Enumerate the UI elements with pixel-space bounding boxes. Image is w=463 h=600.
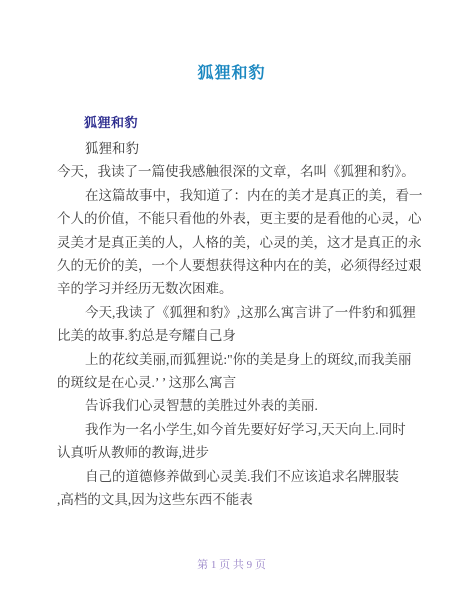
document-page: 狐狸和豹 狐狸和豹 狐狸和豹今天，我读了一篇使我感触很深的文章，名叫《狐狸和豹》… [0,0,463,600]
body-text-line: 狐狸和豹 [57,137,413,160]
page-number-footer: 第 1 页 共 9 页 [0,556,463,572]
body-text-line: 我作为一名小学生,如今首先要好好学习,天天向上.同时 [57,418,413,441]
body-text-line: ,高档的文具,因为这些东西不能表 [57,488,413,511]
body-text-line: 今天,我读了《狐狸和豹》,这那么寓言讲了一件豹和狐狸 [57,301,413,324]
body-text-line: 在这篇故事中，我知道了：内在的美才是真正的美，看一 [57,184,413,207]
section-heading: 狐狸和豹 [84,112,138,131]
body-text-line: 辛的学习并经历无数次困难。 [57,277,413,300]
body-text-line: 今天，我读了一篇使我感触很深的文章，名叫《狐狸和豹》。 [57,160,413,183]
body-text-line: 比美的故事.豹总是夸耀自己身 [57,324,413,347]
body-text-line: 自己的道德修养做到心灵美.我们不应该追求名牌服装 [57,465,413,488]
body-text-line: 上的花纹美丽,而狐狸说:"你的美是身上的斑纹,而我美丽 [57,348,413,371]
body-text-line: 久的无价的美，一个人要想获得这种内在的美，必须得经过艰 [57,254,413,277]
body-text-line: 个人的价值，不能只看他的外表，更主要的是看他的心灵，心 [57,207,413,230]
body-text-line: 认真听从教师的教诲,进步 [57,441,413,464]
body-text-line: 告诉我们心灵智慧的美胜过外表的美丽. [57,394,413,417]
body-text-line: 的斑纹是在心灵.’ ’ 这那么寓言 [57,371,413,394]
document-body: 狐狸和豹今天，我读了一篇使我感触很深的文章，名叫《狐狸和豹》。在这篇故事中，我知… [57,137,413,512]
document-title: 狐狸和豹 [0,60,463,83]
body-text-line: 灵美才是真正美的人，人格的美，心灵的美，这才是真正的永 [57,231,413,254]
